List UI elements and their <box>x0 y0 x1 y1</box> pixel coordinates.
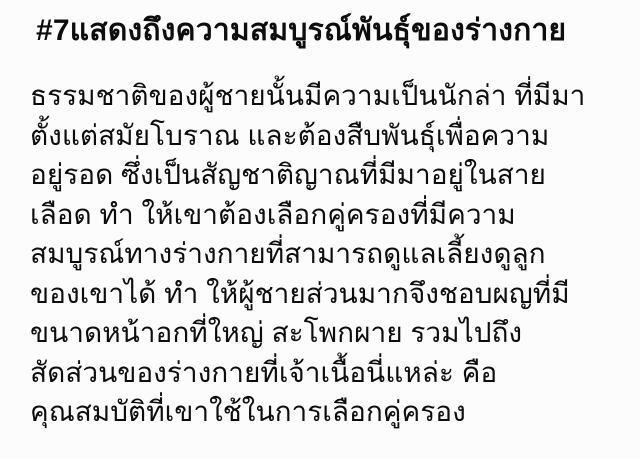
text-card: #7แสดงถึงความสมบูรณ์พันธุ์ของร่างกาย ธรร… <box>0 0 640 459</box>
body-line-9: คุณสมบัติที่เขาใช้ในการเลือกคู่ครอง <box>30 392 622 432</box>
body-line-1: ธรรมชาติของผู้ชายนั้นมีความเป็นนักล่า ที… <box>30 76 622 116</box>
body-line-5: สมบูรณ์ทางร่างกายที่สามารถดูแลเลี้ยงดูลู… <box>30 234 622 274</box>
body-text: ธรรมชาติของผู้ชายนั้นมีความเป็นนักล่า ที… <box>30 76 622 432</box>
body-line-2: ตั้งแต่สมัยโบราณ และต้องสืบพันธุ์เพื่อคว… <box>30 116 622 156</box>
body-line-7: ขนาดหน้าอกที่ใหญ่ สะโพกผาย รวมไปถึง <box>30 313 622 353</box>
body-line-6: ของเขาได้ ทำ ให้ผู้ชายส่วนมากจึงชอบผญที่… <box>30 274 622 314</box>
page-title: #7แสดงถึงความสมบูรณ์พันธุ์ของร่างกาย <box>36 8 622 54</box>
body-line-8: สัดส่วนของร่างกายที่เจ้าเนื้อนี่แหล่ะ คื… <box>30 353 622 393</box>
body-line-4: เลือด ทำ ให้เขาต้องเลือกคู่ครองที่มีความ <box>30 195 622 235</box>
body-line-3: อยู่รอด ซึ่งเป็นสัญชาติญาณที่มีมาอยู่ในส… <box>30 155 622 195</box>
